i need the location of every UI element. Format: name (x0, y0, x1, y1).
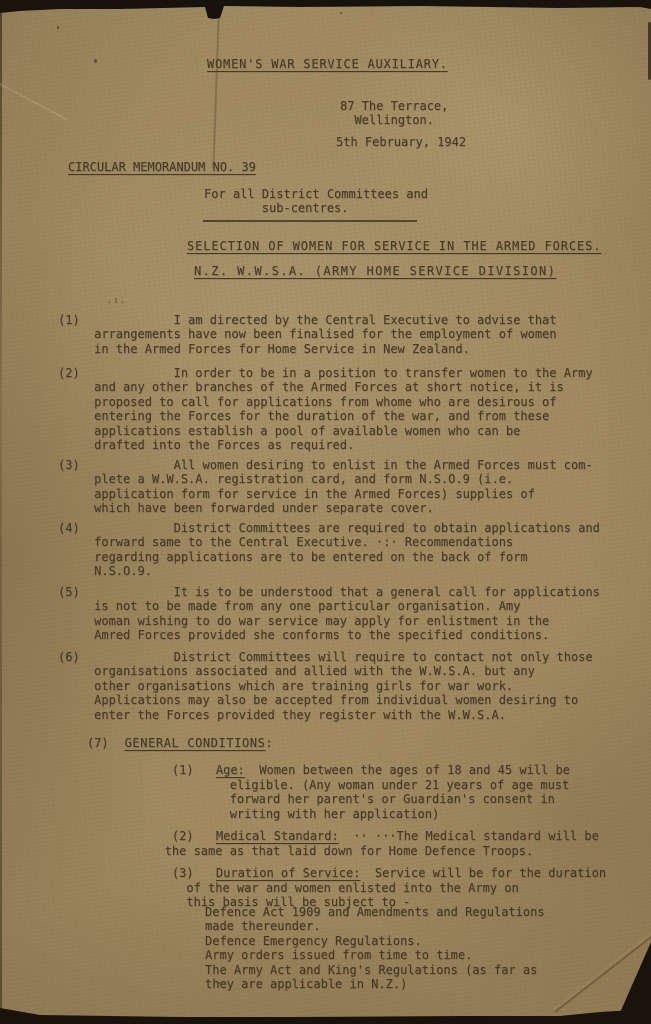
condition-medical-number: (2) (172, 829, 216, 843)
paragraph-4: (4) District Committees are required to … (58, 521, 600, 579)
paper-speck (94, 59, 97, 63)
crease-top-left (0, 81, 68, 120)
subject-heading-line2: N.Z. W.W.S.A. (ARMY HOME SERVICE DIVISIO… (194, 264, 556, 278)
date-line: 5th February, 1942 (336, 135, 466, 149)
crease-top (212, 18, 219, 168)
subject-heading-line1: SELECTION OF WOMEN FOR SERVICE IN THE AR… (187, 239, 601, 253)
memorandum-page: WOMEN'S WAR SERVICE AUXILIARY. 87 The Te… (0, 0, 651, 1024)
paper-edge-left (0, 0, 2, 1024)
paper-speck (340, 12, 342, 14)
paragraph-3: (3) All women desiring to enlist in the … (58, 458, 593, 516)
memorandum-number-heading: CIRCULAR MEMORANDUM NO. 39 (68, 160, 256, 174)
addressee-underline (203, 220, 417, 222)
condition-age-label: Age: (216, 763, 245, 777)
addressee-block: For all District Committees and sub-cent… (204, 187, 428, 216)
regulations-list: Defence Act 1909 and Amendments and Regu… (205, 905, 545, 991)
paragraph-2: (2) In order to be in a position to tran… (58, 366, 593, 452)
paragraph-6: (6) District Committees will require to … (58, 650, 593, 722)
paragraph-7-number: (7) (87, 736, 109, 750)
torn-edge-top (0, 0, 651, 20)
paragraph-1: (1) I am directed by the Central Executi… (58, 313, 557, 356)
condition-duration-number: (3) (172, 866, 216, 880)
paper-speck (57, 26, 59, 29)
ink-smudge: ·¹· (106, 296, 126, 310)
torn-corner-bottom-right (615, 942, 651, 1024)
condition-duration-label: Duration of Service: (216, 866, 361, 880)
condition-age-number: (1) (172, 763, 216, 777)
paragraph-5: (5) It is to be understood that a genera… (58, 585, 600, 643)
condition-medical-label: Medical Standard: (216, 829, 339, 843)
organisation-title: WOMEN'S WAR SERVICE AUXILIARY. (207, 57, 448, 71)
address-block: 87 The Terrace, Wellington. (340, 99, 448, 128)
